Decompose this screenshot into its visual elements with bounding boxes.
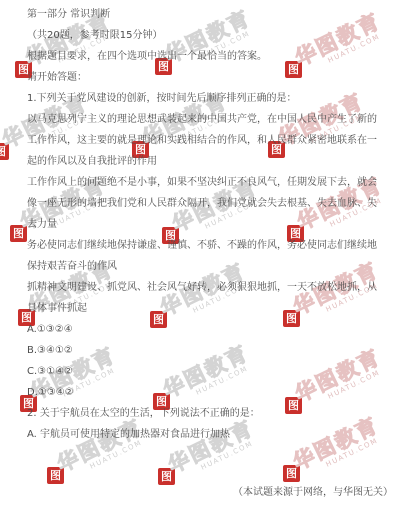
question-2-option-a: A. 宇航员可使用特定的加热器对食品进行加热 <box>27 424 400 445</box>
text-line: 具体事件抓起 <box>27 298 400 319</box>
text-line: 以马克思列宁主义的理论思想武装起来的中国共产党，在中国人民中产生了新的 <box>27 109 400 130</box>
option-a: A.①③②④ <box>27 319 400 340</box>
section-title: 第一部分 常识判断 <box>27 4 400 25</box>
option-c: C.③①④② <box>27 361 400 382</box>
text-line: 保持艰苦奋斗的作风 <box>27 256 400 277</box>
text-line: 像一座无形的墙把我们党和人民群众隔开，我们党就会失去根基、失去血脉、失 <box>27 193 400 214</box>
text-line: 工作作风上的问题绝不是小事，如果不坚决纠正不良风气，任期发展下去，就会 <box>27 172 400 193</box>
text-line: 工作作风，这主要的就是理论和实践相结合的作风，和人民群众紧密地联系在一 <box>27 130 400 151</box>
text-line: 务必使同志们继续地保持谦虚、谨慎、不骄、不躁的作风，务必使同志们继续地 <box>27 235 400 256</box>
section-meta: （共20题，参考时限15分钟） <box>27 25 400 46</box>
exam-document-page: 图华图教育HUATU.COM图华图教育HUATU.COM图华图教育HUATU.C… <box>0 0 400 509</box>
text-line: 抓精神文明建设、抓党风、社会风气好转，必须狠狠地抓，一天不放松地抓，从 <box>27 277 400 298</box>
start-prompt: 请开始答题： <box>27 67 400 88</box>
question-1-stem: 1.下列关于党风建设的创新，按时间先后顺序排列正确的是： <box>27 88 400 109</box>
question-2-stem: 2. 关于宇航员在太空的生活，下列说法不正确的是： <box>27 403 400 424</box>
instruction-line: 根据题目要求，在四个选项中选出一个最恰当的答案。 <box>27 46 400 67</box>
option-b: B.③④①② <box>27 340 400 361</box>
option-d: D.①③④② <box>27 382 400 403</box>
source-note: （本试题来源于网络，与华图无关） <box>233 482 393 503</box>
text-line: 起的作风以及自我批评的作用 <box>27 151 400 172</box>
text-line: 去力量 <box>27 214 400 235</box>
document-text: 第一部分 常识判断 （共20题，参考时限15分钟） 根据题目要求，在四个选项中选… <box>0 0 400 509</box>
